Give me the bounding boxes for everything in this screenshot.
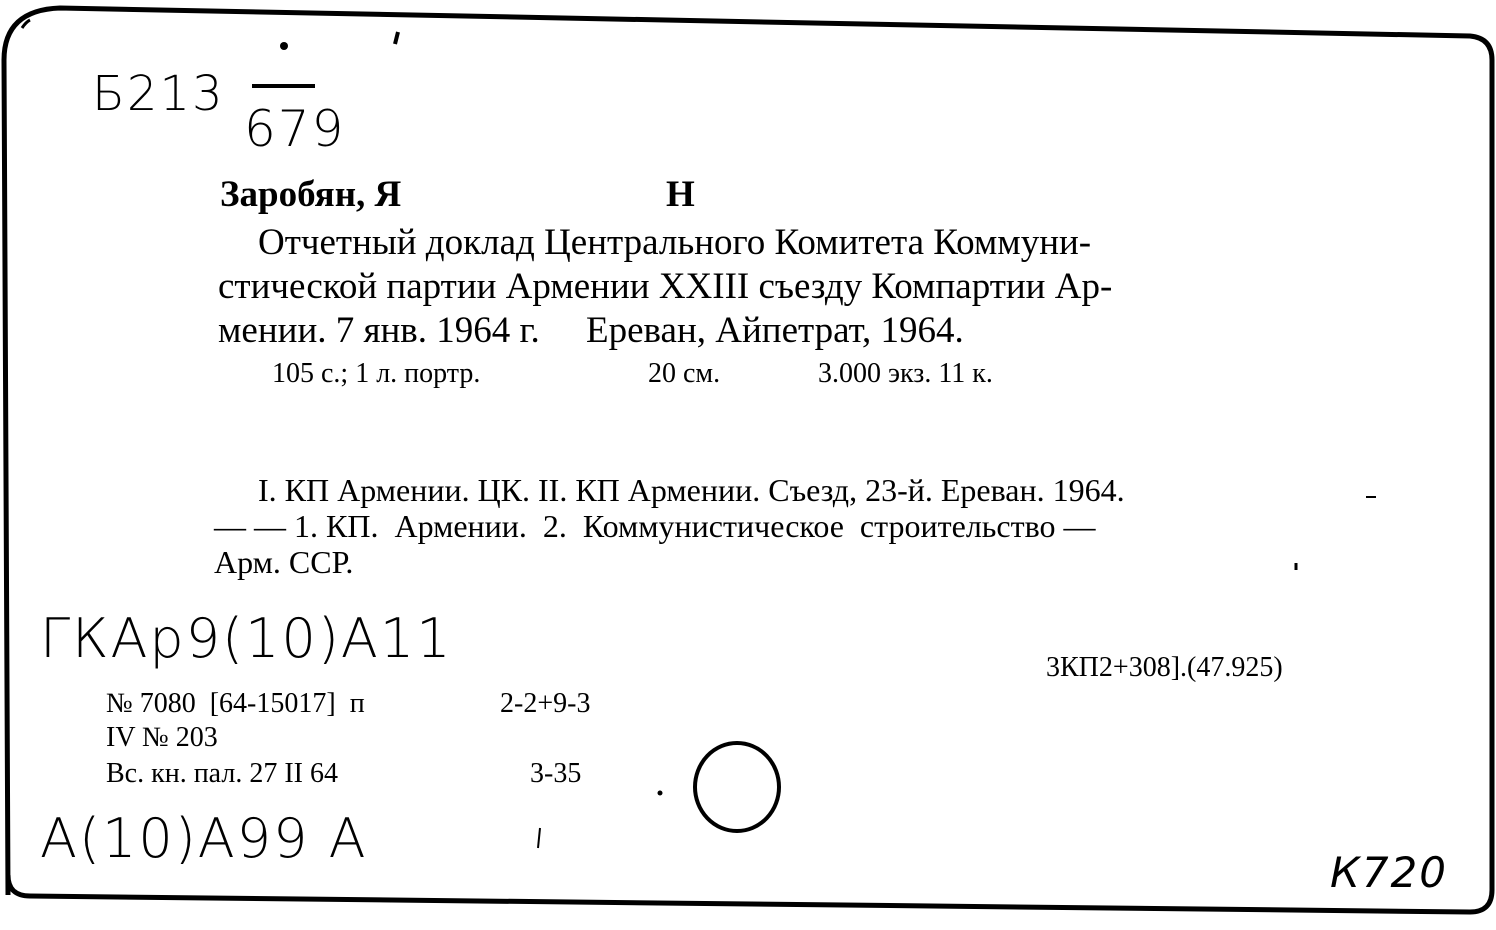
registration-code: 2-2+9-3 [500, 690, 590, 718]
tracings-line-3: Арм. ССР. [214, 546, 353, 578]
corner-mark-handwritten: К720 [1330, 852, 1448, 894]
title-line-1: Отчетный доклад Центрального Комитета Ко… [258, 224, 1091, 261]
call-number-denominator: 679 [244, 104, 345, 154]
classification-handwritten: ГКАр9(10)А11 [40, 612, 453, 666]
registration-series: IV № 203 [106, 724, 218, 752]
tracings-line-1: I. КП Армении. ЦК. II. КП Армении. Съезд… [258, 474, 1125, 506]
shelf-mark-handwritten: А(10)А99 А [40, 812, 368, 866]
author-second-initial: Н [666, 176, 695, 213]
dimensions: 20 см. [648, 360, 720, 388]
title-line-2: стической партии Армении XXIII съезду Ко… [218, 268, 1112, 305]
tracings-line-2: — — 1. КП. Армении. 2. Коммунистическое … [214, 510, 1095, 542]
punched-circle-mark [695, 743, 779, 831]
call-number-prefix: Б213 [92, 70, 225, 118]
author-heading: Заробян, Я [220, 176, 401, 213]
classification-printed: 3КП2+308].(47.925) [1046, 654, 1283, 682]
registration-number: № 7080 [64-15017] п [106, 690, 365, 718]
pagination: 105 с.; 1 л. портр. [272, 360, 480, 388]
print-run-and-price: 3.000 экз. 11 к. [818, 360, 993, 388]
catalog-card-border [0, 0, 1496, 930]
book-chamber-date: Вс. кн. пал. 27 II 64 [106, 760, 338, 788]
book-chamber-code: 3-35 [530, 760, 581, 788]
title-line-3-imprint: мении. 7 янв. 1964 г. Ереван, Айпетрат, … [218, 312, 964, 349]
